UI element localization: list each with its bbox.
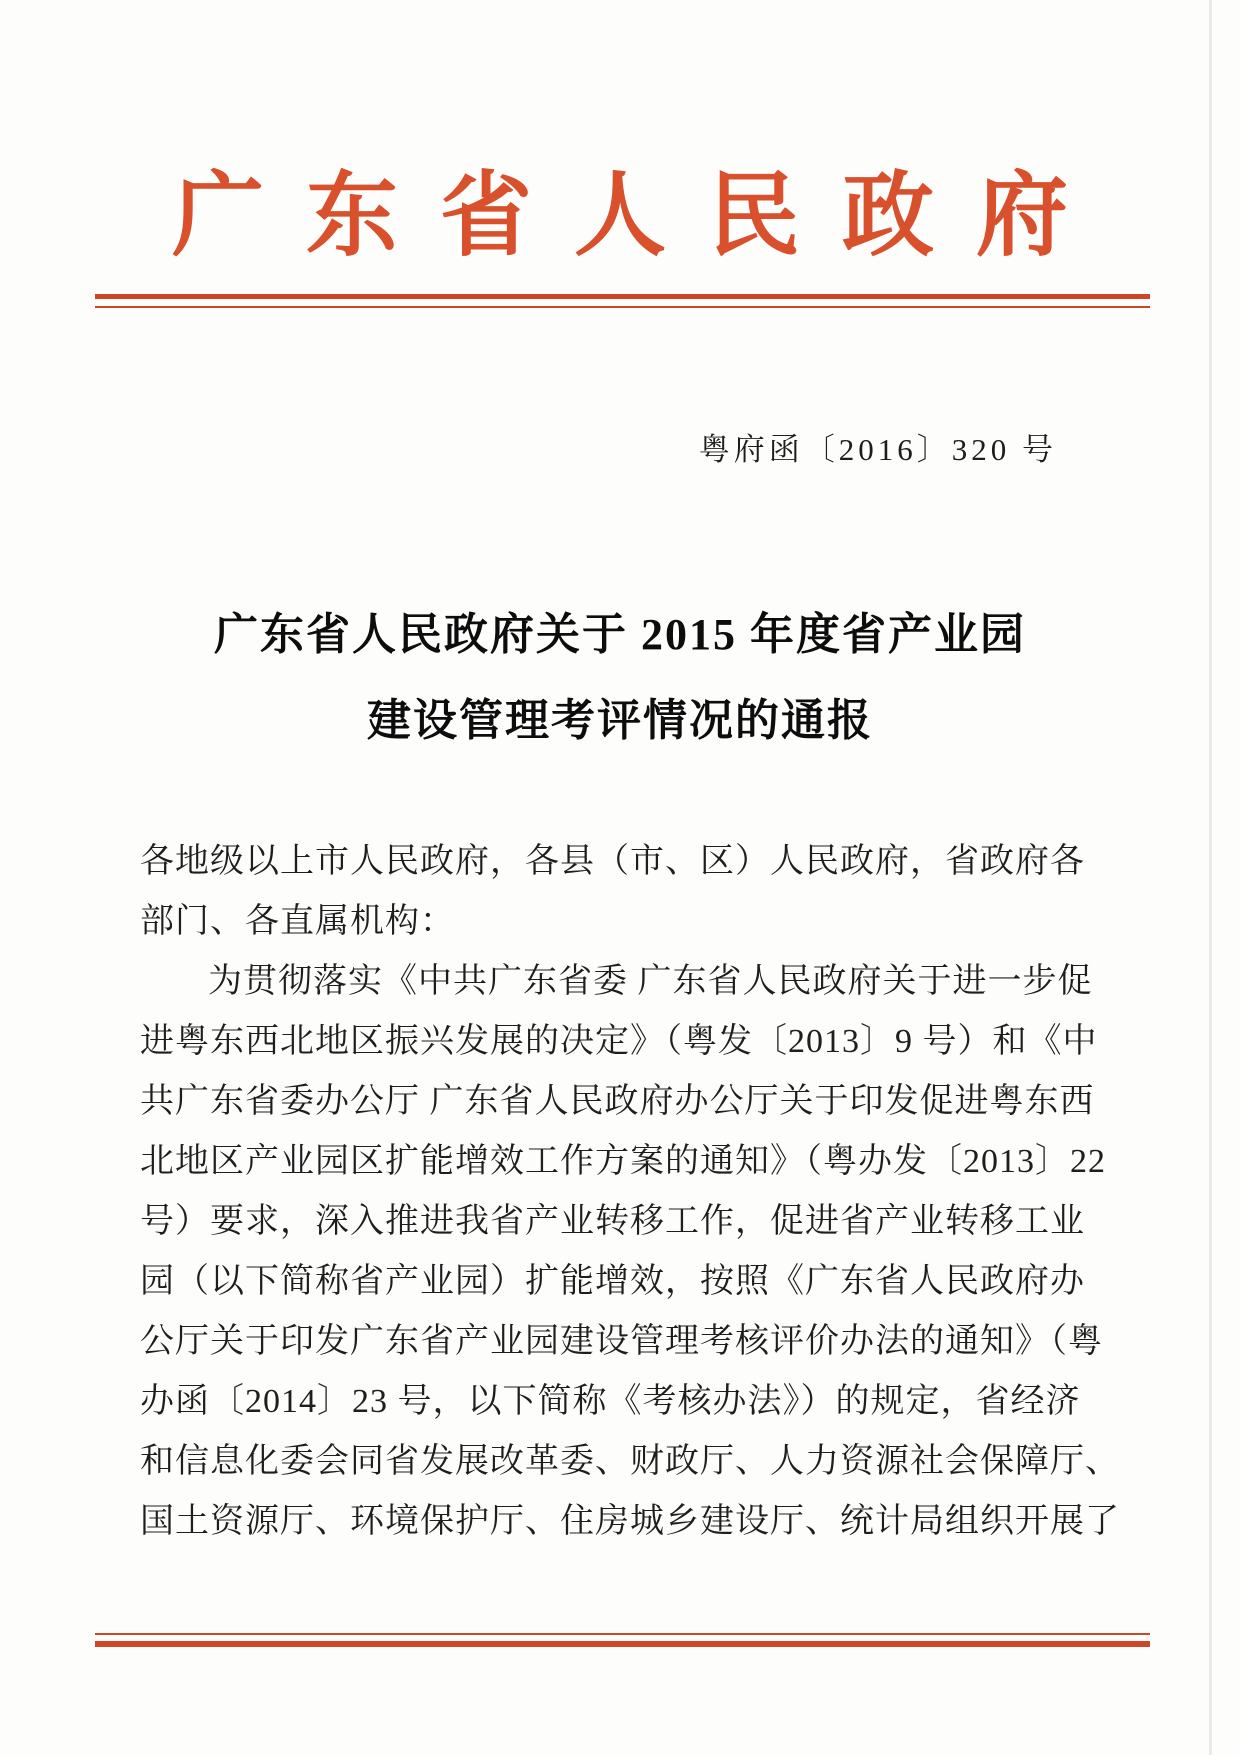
letterhead-org-name: 广东省人民政府 <box>0 142 1240 274</box>
body-text-line: 国土资源厅、环境保护厅、住房城乡建设厅、统计局组织开展了 <box>140 1492 1120 1552</box>
document-body: 各地级以上市人民政府，各县（市、区）人民政府，省政府各 部门、各直属机构： 为贯… <box>140 832 1120 1552</box>
document-number: 粤府函〔2016〕320 号 <box>699 424 1057 469</box>
body-text-line: 园（以下简称省产业园）扩能增效，按照《广东省人民政府办 <box>140 1252 1120 1312</box>
body-text-line: 号）要求，深入推进我省产业转移工作，促进省产业转移工业 <box>140 1192 1120 1252</box>
body-text-line: 公厅关于印发广东省产业园建设管理考核评价办法的通知》（粤 <box>140 1312 1120 1372</box>
body-text-line: 部门、各直属机构： <box>140 892 1120 952</box>
body-text-line: 北地区产业园区扩能增效工作方案的通知》（粤办发〔2013〕22 <box>140 1132 1120 1192</box>
header-rule-thick <box>95 294 1150 299</box>
footer-rule-thick <box>95 1641 1150 1647</box>
document-page: 广东省人民政府 粤府函〔2016〕320 号 广东省人民政府关于 2015 年度… <box>0 0 1240 1755</box>
scan-edge-artifact <box>1209 0 1212 1755</box>
document-title: 广东省人民政府关于 2015 年度省产业园 建设管理考评情况的通报 <box>0 592 1240 764</box>
body-text-line: 和信息化委会同省发展改革委、财政厅、人力资源社会保障厅、 <box>140 1432 1120 1492</box>
document-title-line-2: 建设管理考评情况的通报 <box>0 678 1240 764</box>
body-text-line: 为贯彻落实《中共广东省委 广东省人民政府关于进一步促 <box>140 952 1120 1012</box>
footer-rule-thin <box>95 1633 1150 1635</box>
body-text-line: 共广东省委办公厅 广东省人民政府办公厅关于印发促进粤东西 <box>140 1072 1120 1132</box>
body-text-line: 进粤东西北地区振兴发展的决定》（粤发〔2013〕9 号）和《中 <box>140 1012 1120 1072</box>
document-title-line-1: 广东省人民政府关于 2015 年度省产业园 <box>0 592 1240 678</box>
body-text-line: 各地级以上市人民政府，各县（市、区）人民政府，省政府各 <box>140 832 1120 892</box>
header-rule-thin <box>95 306 1150 308</box>
body-text-line: 办函〔2014〕23 号，以下简称《考核办法》）的规定，省经济 <box>140 1372 1120 1432</box>
